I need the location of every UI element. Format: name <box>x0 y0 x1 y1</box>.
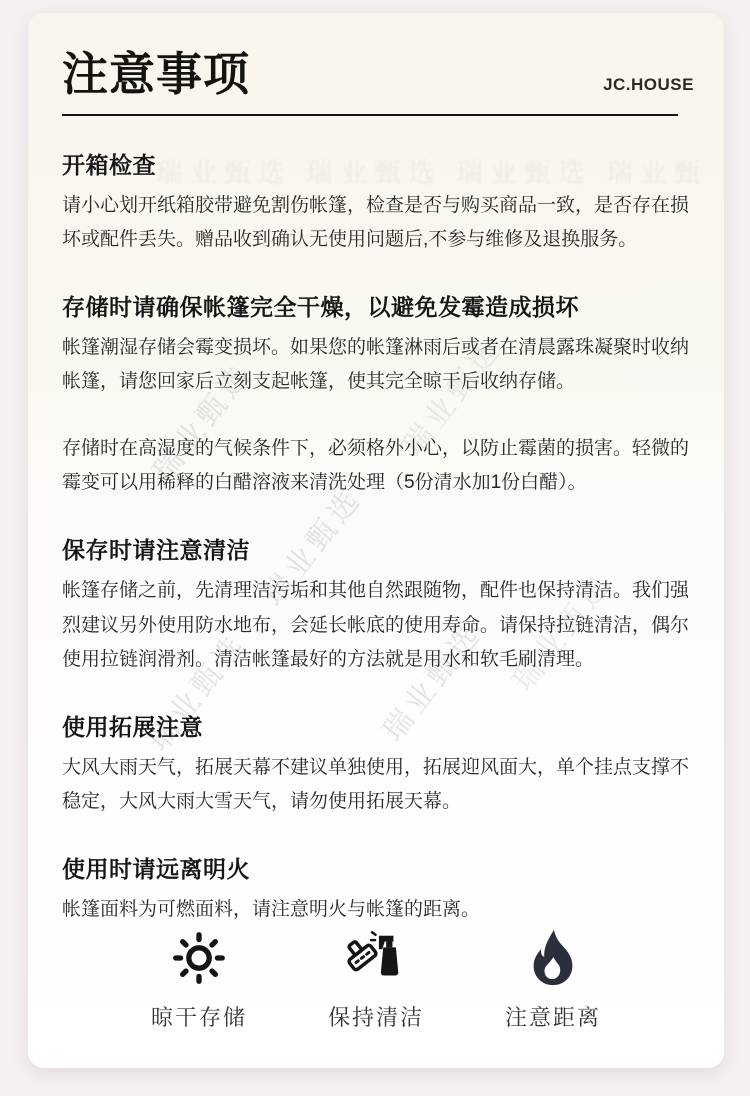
section-open-flame: 使用时请远离明火 帐篷面料为可燃面料，请注意明火与帐篷的距离。 <box>62 851 694 928</box>
brand-logo-text: JC.HOUSE <box>603 75 694 100</box>
footer-item-keep-clean: 保持清洁 <box>301 927 451 1032</box>
footer-label-distance: 注意距离 <box>505 1001 601 1032</box>
header-divider <box>62 114 678 116</box>
section-heading: 存储时请确保帐篷完全干燥，以避免发霉造成损坏 <box>62 289 694 322</box>
section-paragraph: 帐篷存储之前，先清理洁污垢和其他自然跟随物，配件也保持清洁。我们强烈建议另外使用… <box>62 574 694 678</box>
section-dry-storage: 存储时请确保帐篷完全干燥，以避免发霉造成损坏 帐篷潮湿存储会霉变损坏。如果您的帐… <box>62 289 694 501</box>
section-heading: 保存时请注意清洁 <box>62 532 694 565</box>
footer-label-keep-clean: 保持清洁 <box>328 1001 424 1032</box>
section-cleaning: 保存时请注意清洁 帐篷存储之前，先清理洁污垢和其他自然跟随物，配件也保持清洁。我… <box>62 532 694 678</box>
section-heading: 使用拓展注意 <box>62 709 694 742</box>
section-paragraph: 大风大雨天气，拓展天幕不建议单独使用，拓展迎风面大，单个挂点支撑不稳定，大风大雨… <box>62 751 694 820</box>
notice-card: 瑞业甄选瑞业甄选瑞业甄选瑞业甄选 瑞业甄选 瑞业甄选 瑞业甄选 瑞业甄选 瑞业甄… <box>28 13 724 1068</box>
section-paragraph: 帐篷潮湿存储会霉变损坏。如果您的帐篷淋雨后或者在清晨露珠凝聚时收纳帐篷，请您回家… <box>62 331 694 400</box>
sun-icon <box>168 927 230 989</box>
flame-icon <box>522 927 584 989</box>
section-heading: 使用时请远离明火 <box>62 851 694 884</box>
footer-label-dry-storage: 晾干存储 <box>151 1001 247 1032</box>
section-paragraph: 帐篷面料为可燃面料，请注意明火与帐篷的距离。 <box>62 893 694 928</box>
section-heading: 开箱检查 <box>62 147 694 180</box>
brush-spray-icon <box>345 927 407 989</box>
page-title: 注意事项 <box>62 49 250 100</box>
footer-item-distance: 注意距离 <box>478 927 628 1032</box>
footer-item-dry-storage: 晾干存储 <box>124 927 274 1032</box>
notice-content: 注意事项 JC.HOUSE 开箱检查 请小心划开纸箱胶带避免割伤帐篷，检查是否与… <box>28 13 724 928</box>
card-header: 注意事项 JC.HOUSE <box>62 49 694 100</box>
section-tarp-extension: 使用拓展注意 大风大雨天气，拓展天幕不建议单独使用，拓展迎风面大，单个挂点支撑不… <box>62 709 694 820</box>
section-unboxing: 开箱检查 请小心划开纸箱胶带避免割伤帐篷，检查是否与购买商品一致，是否存在损坏或… <box>62 147 694 258</box>
footer-icons-row: 晾干存储 <box>124 927 628 1032</box>
section-paragraph: 请小心划开纸箱胶带避免割伤帐篷，检查是否与购买商品一致，是否存在损坏或配件丢失。… <box>62 189 694 258</box>
section-paragraph: 存储时在高湿度的气候条件下，必须格外小心，以防止霉菌的损害。轻微的霉变可以用稀释… <box>62 432 694 501</box>
